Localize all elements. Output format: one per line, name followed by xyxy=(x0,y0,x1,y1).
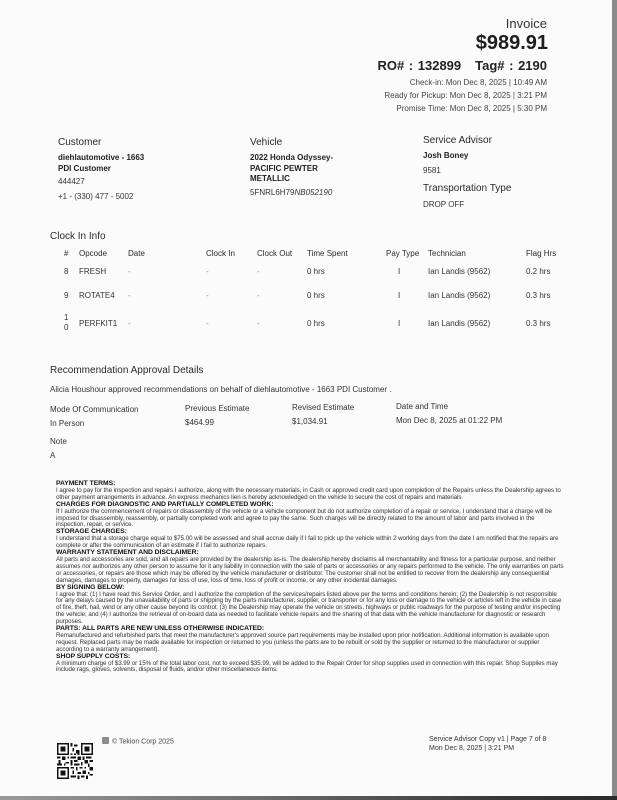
row-clock-out: - xyxy=(257,291,260,300)
row-time-spent: 0 hrs xyxy=(307,267,325,276)
clock-in-heading: Clock In Info xyxy=(50,231,106,242)
vehicle-heading: Vehicle xyxy=(250,137,410,148)
vehicle-color-line1: PACIFIC PEWTER xyxy=(250,164,410,175)
row-clock-in: - xyxy=(206,291,209,300)
row-time-spent: 0 hrs xyxy=(307,291,325,300)
page-info: Service Advisor Copy v1 | Page 7 of 8 Mo… xyxy=(429,735,546,753)
col-opcode: Opcode xyxy=(79,249,107,258)
table-row: 9 ROTATE4 - - - 0 hrs I Ian Landis (9562… xyxy=(58,291,578,311)
row-date: - xyxy=(128,291,131,300)
vehicle-vin: 5FNRL6H79NB052190 xyxy=(250,188,410,199)
terms-body-parts: Remanufactured and refurbished parts tha… xyxy=(56,633,564,654)
customer-phone: +1 - (330) 477 - 5002 xyxy=(58,192,228,203)
table-header-row: # Opcode Date Clock In Clock Out Time Sp… xyxy=(58,249,578,269)
ready-for-pickup-time: Ready for Pickup: Mon Dec 8, 2025 | 3:21… xyxy=(384,91,547,100)
tag-number: Tag# : 2190 xyxy=(475,58,547,73)
terms-body-shop-supply: A minimum charge of $3.99 or 15% of the … xyxy=(56,661,564,675)
vehicle-color-line2: METALLIC xyxy=(250,174,410,185)
recommendation-statement: Alicia Houshour approved recommendations… xyxy=(50,385,550,396)
transportation-type: DROP OFF xyxy=(423,200,573,211)
invoice-page: Invoice $989.91 RO# : 132899Tag# : 2190 … xyxy=(0,0,612,796)
row-num: 9 xyxy=(64,291,68,300)
note-value: A xyxy=(50,451,55,462)
terms-body-warranty: All parts and accessories are sold, and … xyxy=(56,557,564,585)
col-technician: Technician xyxy=(428,249,466,258)
row-technician: Ian Landis (9562) xyxy=(428,319,490,328)
invoice-total: $989.91 xyxy=(476,32,548,55)
row-opcode: FRESH xyxy=(79,267,106,276)
terms-body-payment: I agree to pay for the inspection and re… xyxy=(56,488,564,502)
row-flag-hrs: 0.2 hrs xyxy=(526,267,550,276)
table-row: 1 0 PERFKIT1 - - - 0 hrs I Ian Landis (9… xyxy=(58,319,578,339)
row-date: - xyxy=(128,319,131,328)
row-opcode: PERFKIT1 xyxy=(79,319,117,328)
col-pay-type: Pay Type xyxy=(386,249,419,258)
approval-datetime-value: Mon Dec 8, 2025 at 01:22 PM xyxy=(396,416,502,427)
col-flag-hrs: Flag Hrs xyxy=(526,249,556,258)
customer-section: Customer diehlautomotive - 1663 PDI Cust… xyxy=(58,137,228,202)
revised-estimate-value: $1,034.91 xyxy=(292,417,328,428)
col-num: # xyxy=(64,249,68,258)
mode-value: In Person xyxy=(50,419,84,430)
ro-number: RO# : 132899 xyxy=(377,58,461,73)
row-time-spent: 0 hrs xyxy=(307,319,325,328)
row-pay-type: I xyxy=(398,267,400,276)
row-num: 8 xyxy=(64,267,68,276)
terms-and-conditions: PAYMENT TERMS: I agree to pay for the in… xyxy=(56,481,564,674)
row-clock-out: - xyxy=(257,267,260,276)
vin-suffix: NB052190 xyxy=(294,188,332,197)
page-bottom-edge xyxy=(0,796,617,800)
copyright: © Tekion Corp 2025 xyxy=(102,738,174,745)
vehicle-section: Vehicle 2022 Honda Odyssey- PACIFIC PEWT… xyxy=(250,137,410,198)
transportation-section: Transportation Type DROP OFF xyxy=(423,183,573,211)
transportation-heading: Transportation Type xyxy=(423,183,573,194)
previous-estimate-value: $464.99 xyxy=(185,418,214,429)
customer-name-line1: diehlautomotive - 1663 xyxy=(58,153,228,164)
terms-body-diagnostic: If I authorize the commencement of repai… xyxy=(56,509,564,530)
customer-heading: Customer xyxy=(58,137,228,148)
row-clock-in: - xyxy=(206,319,209,328)
previous-estimate-label: Previous Estimate xyxy=(185,404,249,415)
row-pay-type: I xyxy=(398,319,400,328)
tekion-logo-icon xyxy=(102,737,109,744)
col-date: Date xyxy=(128,249,145,258)
service-advisor-name: Josh Boney xyxy=(423,151,573,162)
row-opcode: ROTATE4 xyxy=(79,291,115,300)
row-flag-hrs: 0.3 hrs xyxy=(526,291,550,300)
check-in-time: Check-in: Mon Dec 8, 2025 | 10:49 AM xyxy=(410,78,547,87)
customer-name-line2: PDI Customer xyxy=(58,164,228,175)
ro-tag-line: RO# : 132899Tag# : 2190 xyxy=(377,58,547,73)
row-technician: Ian Landis (9562) xyxy=(428,267,490,276)
col-time-spent: Time Spent xyxy=(307,249,348,258)
document-title: Invoice xyxy=(506,16,547,31)
terms-body-storage: I understand that a storage charge equal… xyxy=(56,536,564,550)
row-date: - xyxy=(128,267,131,276)
row-num-line2: 0 xyxy=(64,323,68,332)
page-edge-shadow xyxy=(612,0,617,800)
customer-id: 444427 xyxy=(58,177,228,188)
service-advisor-id: 9581 xyxy=(423,166,573,177)
printed-timestamp: Mon Dec 8, 2025 | 3:21 PM xyxy=(429,744,546,753)
row-pay-type: I xyxy=(398,291,400,300)
row-num-line1: 1 xyxy=(64,313,68,322)
recommendation-heading: Recommendation Approval Details xyxy=(50,365,203,376)
row-clock-out: - xyxy=(257,319,260,328)
approval-datetime-label: Date and Time xyxy=(396,402,448,413)
terms-body-signing: I agree that: (1) I have read this Servi… xyxy=(56,592,564,627)
vehicle-model: 2022 Honda Odyssey- xyxy=(250,153,410,164)
copyright-text: © Tekion Corp 2025 xyxy=(112,738,174,745)
service-advisor-heading: Service Advisor xyxy=(423,135,573,146)
row-technician: Ian Landis (9562) xyxy=(428,291,490,300)
row-clock-in: - xyxy=(206,267,209,276)
revised-estimate-label: Revised Estimate xyxy=(292,403,354,414)
copy-page-info: Service Advisor Copy v1 | Page 7 of 8 xyxy=(429,735,546,744)
col-clock-in: Clock In xyxy=(206,249,235,258)
mode-label: Mode Of Communication xyxy=(50,405,138,416)
vin-prefix: 5FNRL6H79 xyxy=(250,188,294,197)
col-clock-out: Clock Out xyxy=(257,249,292,258)
row-flag-hrs: 0.3 hrs xyxy=(526,319,550,328)
service-advisor-section: Service Advisor Josh Boney 9581 xyxy=(423,135,573,176)
qr-code-icon xyxy=(57,743,93,779)
note-label: Note xyxy=(50,437,67,448)
table-row: 8 FRESH - - - 0 hrs I Ian Landis (9562) … xyxy=(58,267,578,287)
promise-time: Promise Time: Mon Dec 8, 2025 | 5:30 PM xyxy=(396,104,547,113)
